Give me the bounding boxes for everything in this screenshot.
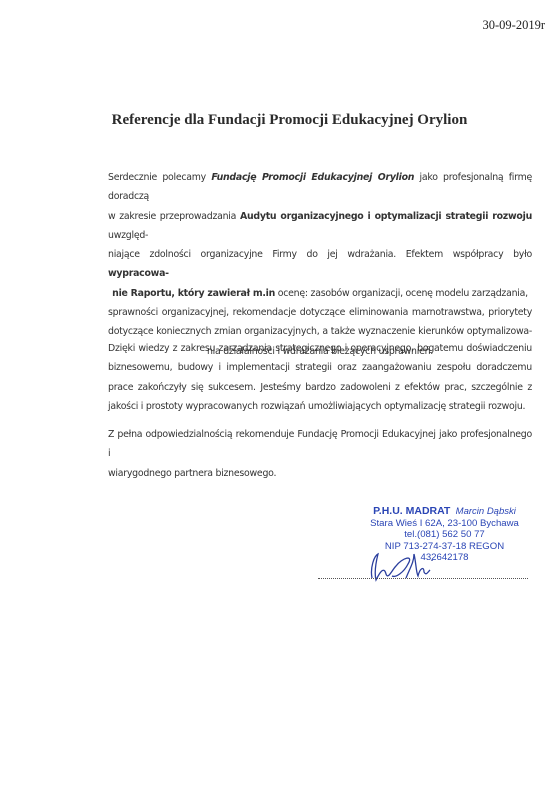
p3-line-1: Z pełna odpowiedzialnością rekomenduje F… [108,425,532,464]
stamp-address: Stara Wieś I 62A, 23-100 Bychawa [362,518,527,530]
audit-name: Audytu organizacyjnego i optymalizacji s… [240,211,532,222]
stamp-owner: Marcin Dąbski [456,506,516,517]
paragraph-recommendation: Serdecznie polecamy Fundację Promocji Ed… [108,168,532,361]
p2-line-1: Dzięki wiedzy z zakresu zarządzania stra… [108,339,532,358]
stamp-company: P.H.U. MADRAT [373,505,450,517]
p1-line-2: w zakresie przeprowadzania Audytu organi… [108,207,532,246]
document-title: Referencje dla Fundacji Promocji Edukacy… [0,112,559,129]
p3-line-2: wiarygodnego partnera biznesowego. [108,464,532,483]
paragraph-closing: Z pełna odpowiedzialnością rekomenduje F… [108,425,532,483]
signature-line [318,578,528,579]
p1-line-1: Serdecznie polecamy Fundację Promocji Ed… [108,168,532,207]
paragraph-results: Dzięki wiedzy z zakresu zarządzania stra… [108,339,532,416]
stamp-company-line: P.H.U. MADRAT Marcin Dąbski [362,506,527,518]
p2-line-2: biznesowemu, budowy i implementacji stra… [108,358,532,377]
foundation-name: Fundację Promocji Edukacyjnej Orylion [211,172,414,183]
p1-line-5: sprawności organizacyjnej, rekomendacje … [108,303,532,322]
p2-line-3: prace zakończyły się sukcesem. Jesteśmy … [108,378,532,397]
stamp-phone: tel.(081) 562 50 77 [362,529,527,541]
p1-line-3: niające zdolności organizacyjne Firmy do… [108,245,532,284]
p2-line-4: jakości i prostoty wypracowanych rozwiąz… [108,397,532,416]
document-date: 30-09-2019r [483,18,546,33]
signature-icon [362,548,442,586]
p1-line-4: nie Raportu, który zawierał m.in ocenę: … [108,284,532,303]
